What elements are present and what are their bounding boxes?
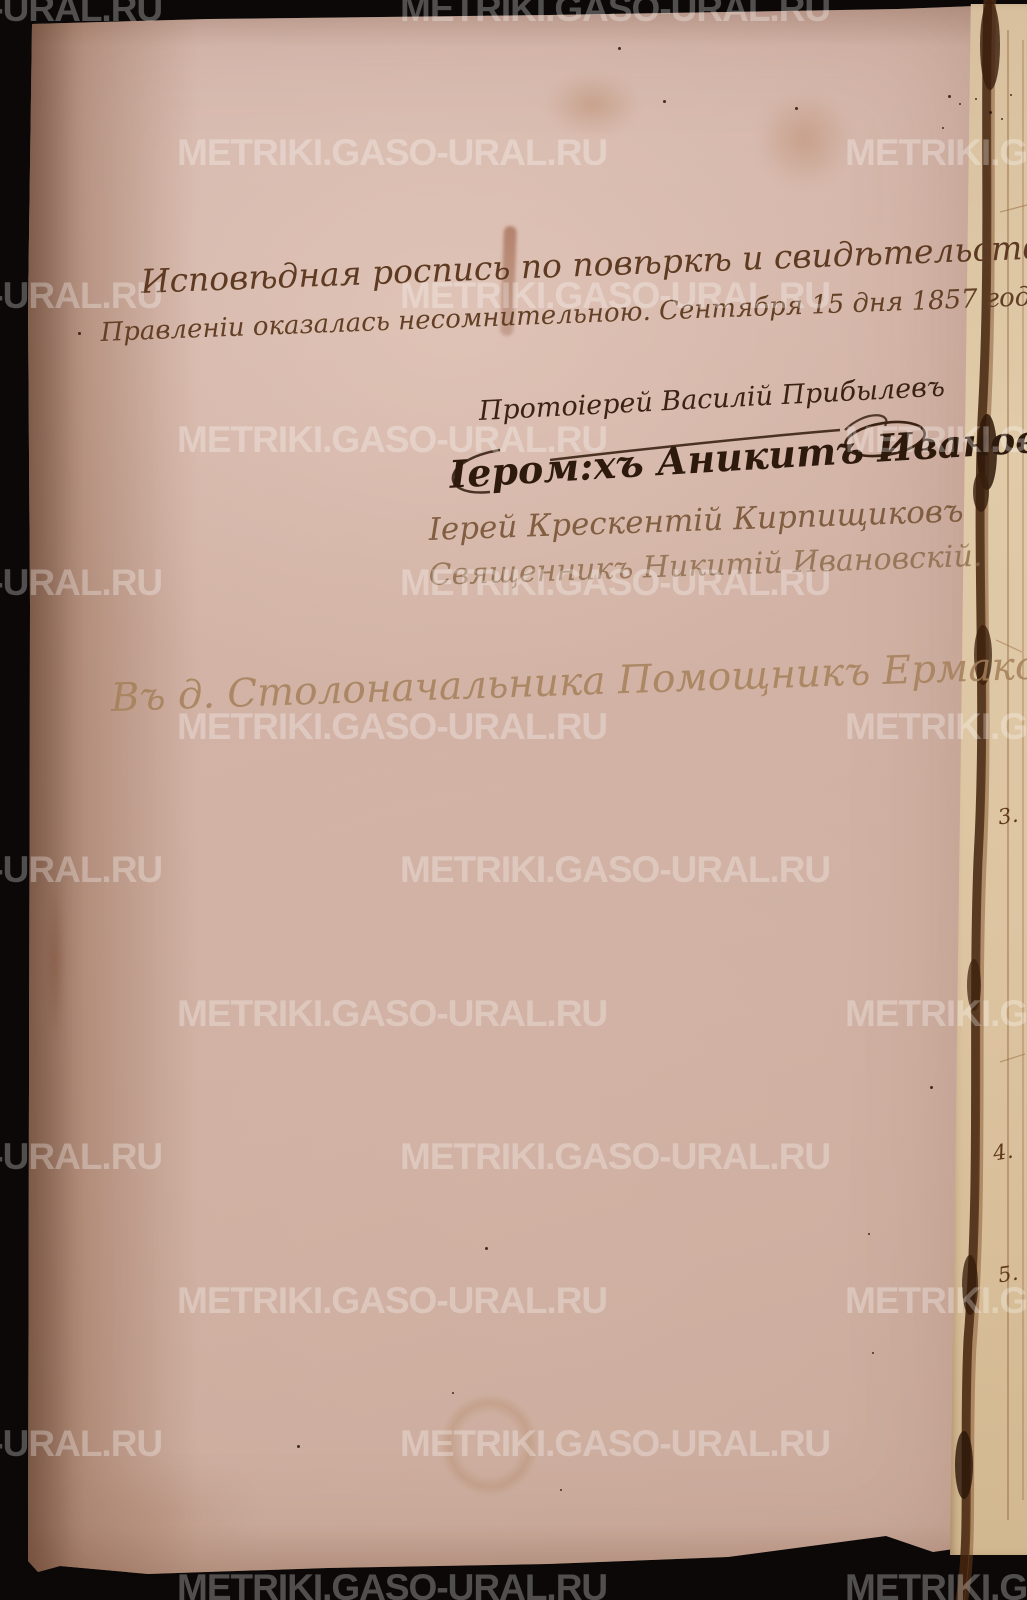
page-edge-shading <box>28 6 975 1580</box>
watermark-text: METRIKI.GASO-URAL.RU <box>845 1569 1027 1600</box>
book-page <box>28 6 975 1580</box>
archive-scan: Исповѣдная роспись по повѣркѣ и свидѣтел… <box>0 0 1027 1600</box>
watermark-text: METRIKI.GASO-URAL.RU <box>177 1569 607 1600</box>
